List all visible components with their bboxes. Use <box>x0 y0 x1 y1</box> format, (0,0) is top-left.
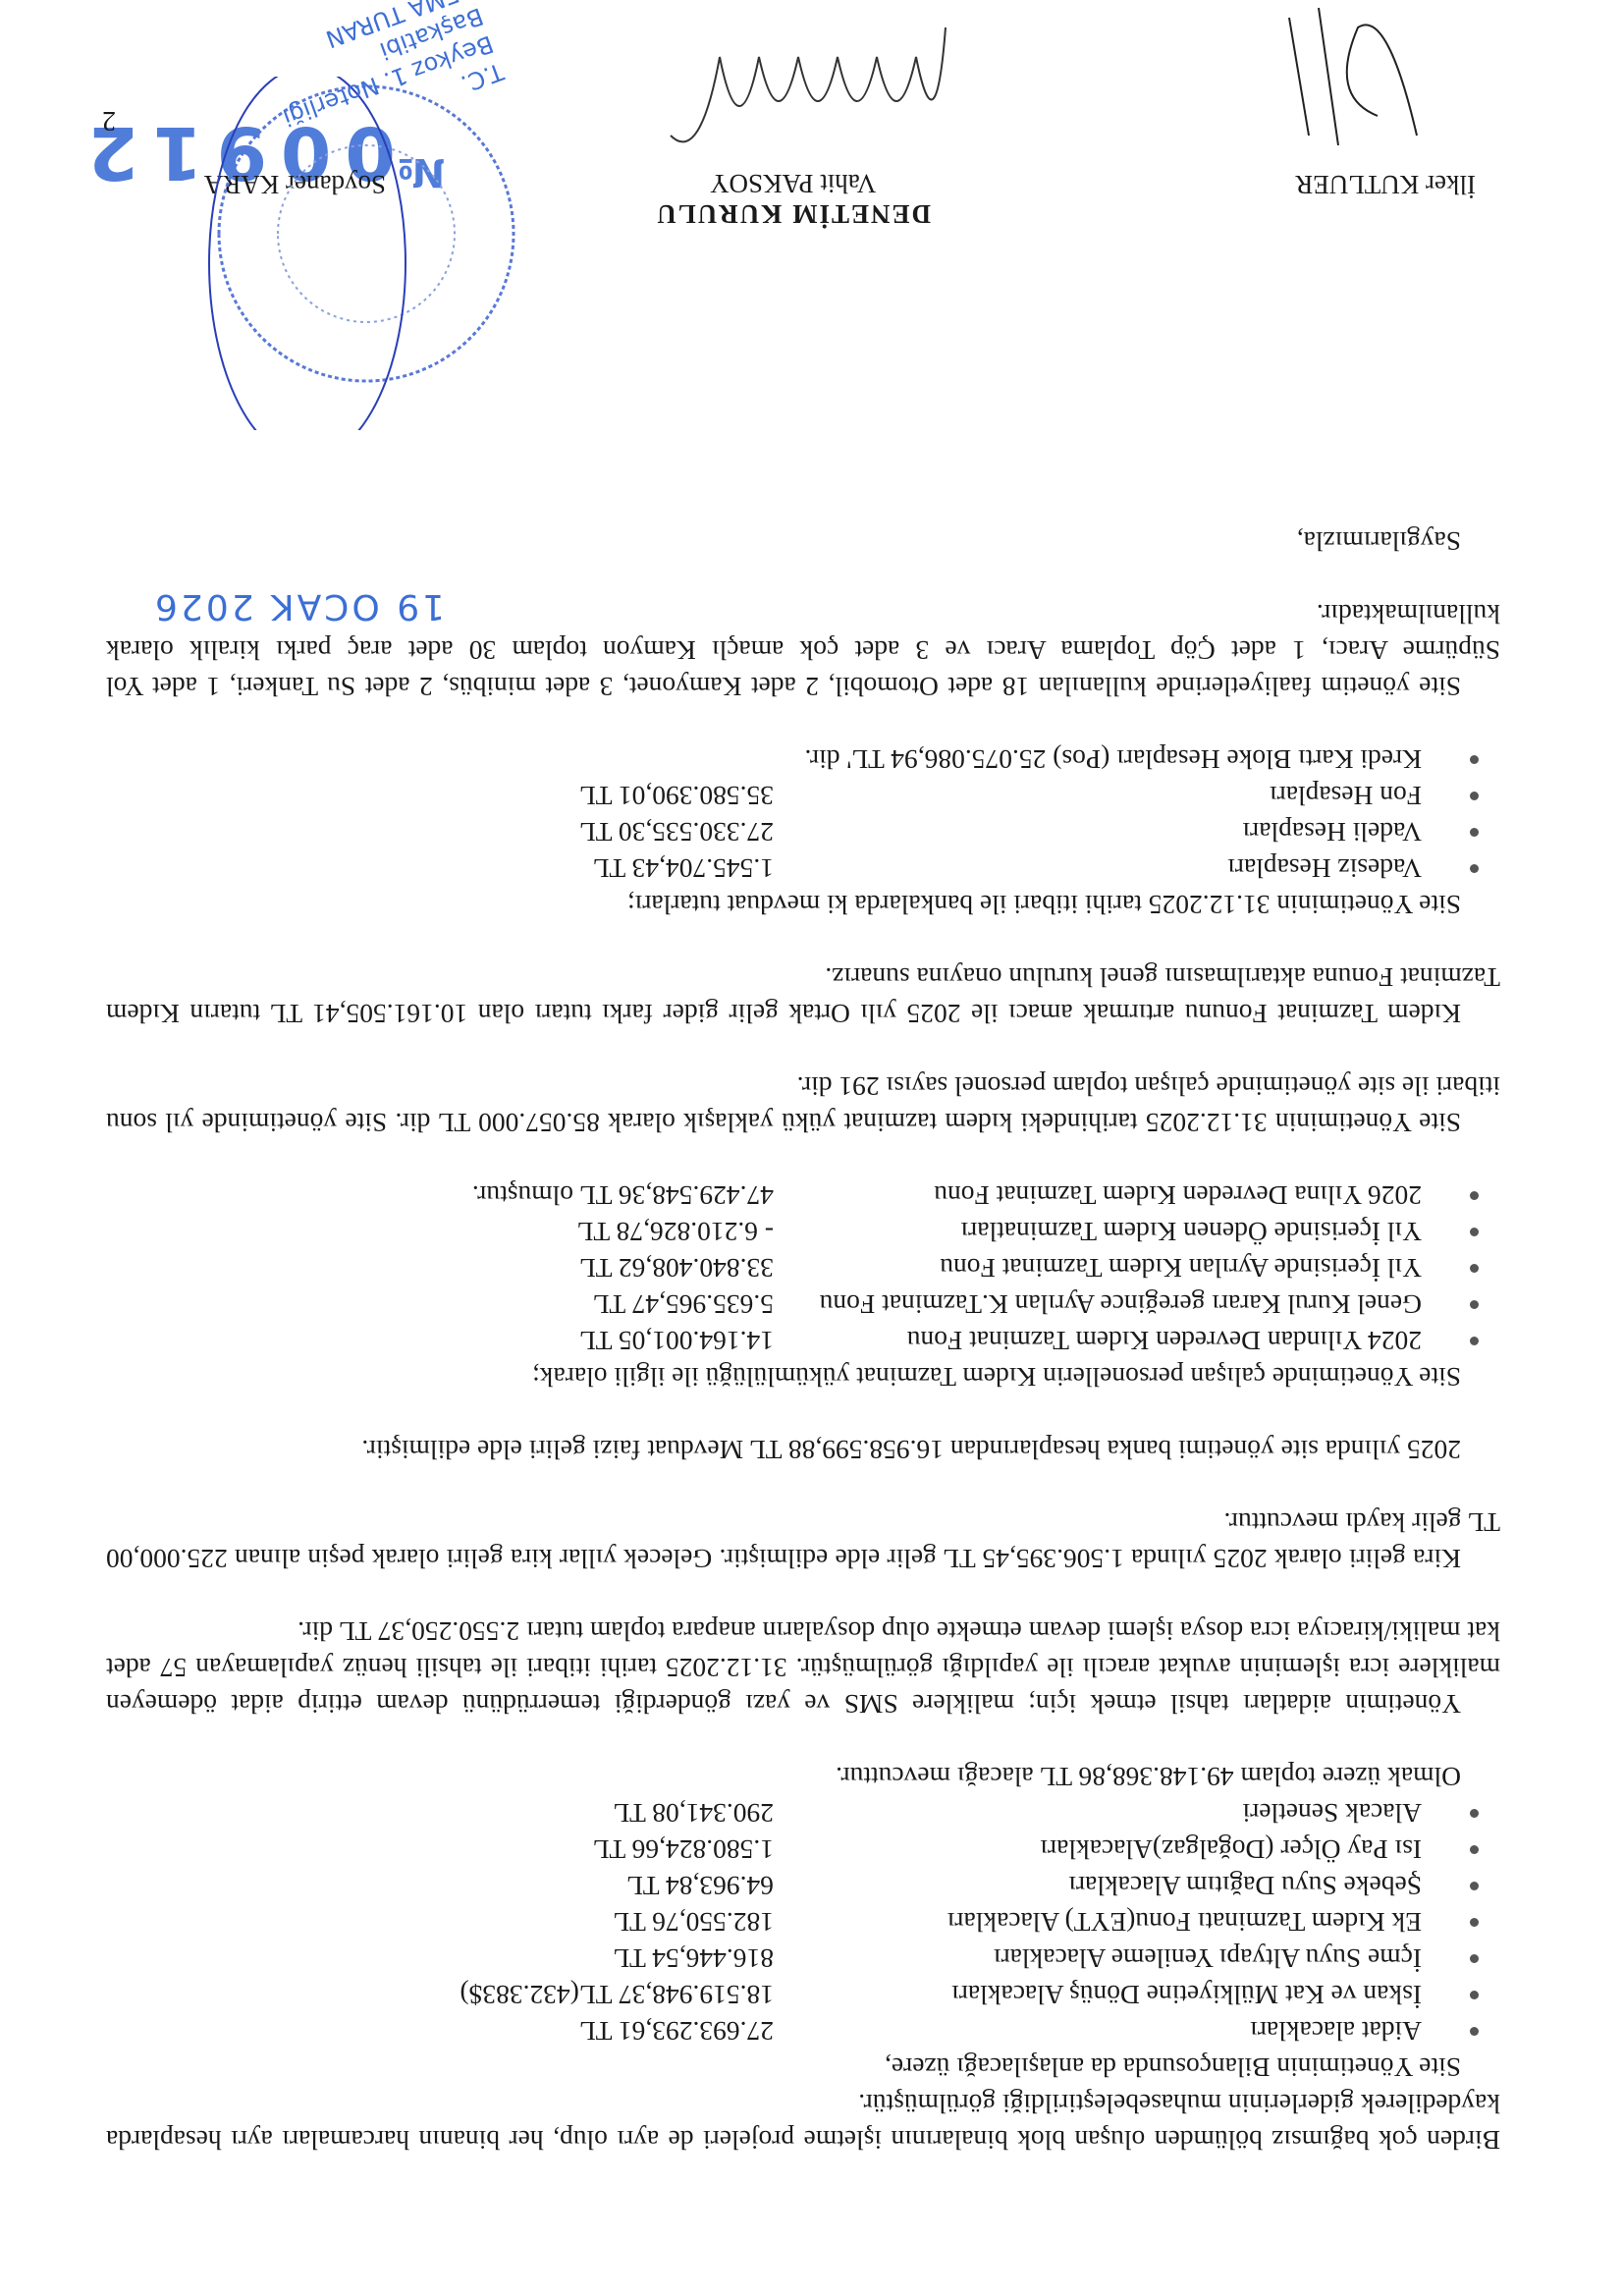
item-value: 1.545.704,43 TL <box>593 850 774 887</box>
list-item: İskan ve Kat Mülkiyetine Dönüş Alacaklar… <box>106 1977 1500 2013</box>
item-value: 47.429.548,36 TL olmuştur. <box>472 1177 774 1214</box>
signatory-1: İlker KUTLUER <box>1295 169 1476 199</box>
item-value: 14.164.001,05 TL <box>579 1323 774 1359</box>
list-item: 2024 Yılından Devreden Kıdem Tazminat Fo… <box>106 1323 1500 1359</box>
item-value: 5.635.965,47 TL <box>593 1286 774 1323</box>
item-value: 290.341,08 TL <box>613 1795 774 1831</box>
deposits-intro: Site Yönetiminin 31.12.2025 tarihi itiba… <box>106 887 1500 923</box>
item-value: 182.550,76 TL <box>613 1904 774 1941</box>
list-item: Vadeli Hesapları27.330.535,30 TL <box>106 814 1500 850</box>
list-item: Şebeke Suyu Dağıtım Alacakları64.963,84 … <box>106 1868 1500 1904</box>
item-value: 33.840.408,62 TL <box>579 1250 774 1286</box>
item-label: Yıl İçerisinde Ayrılan Kıdem Tazminat Fo… <box>940 1250 1422 1286</box>
severance-liability-paragraph: Site Yönetiminin 31.12.2025 tarihindeki … <box>106 1068 1500 1141</box>
list-item: Fon Hesapları35.580.390,01 TL <box>106 778 1500 814</box>
committee-title: DENETİM KURULU <box>655 198 931 229</box>
list-item: 2026 Yılına Devreden Kıdem Tazminat Fonu… <box>106 1177 1500 1214</box>
item-label: Isı Pay Ölçer (Doğalgaz)Alacakları <box>1040 1831 1422 1868</box>
item-label: Yıl İçerisinde Ödenen Kıdem Tazminatları <box>961 1214 1423 1250</box>
receivables-total: Olmak üzere toplam 49.148.368,86 TL alac… <box>106 1759 1500 1795</box>
item-label: 2026 Yılına Devreden Kıdem Tazminat Fonu <box>934 1177 1422 1214</box>
signature-2-scribble <box>641 18 955 175</box>
item-label: Şebeke Suyu Dağıtım Alacakları <box>1068 1868 1422 1904</box>
receivables-list: Aidat alacakları27.693.293,61 TLİskan ve… <box>106 1795 1500 2050</box>
deposits-list: Vadesiz Hesapları1.545.704,43 TLVadeli H… <box>106 741 1500 887</box>
severance-list: 2024 Yılından Devreden Kıdem Tazminat Fo… <box>106 1177 1500 1359</box>
signatory-name: İlker KUTLUER <box>1295 169 1476 199</box>
item-label: Genel Kurul Kararı gereğince Ayrılan K.T… <box>820 1286 1422 1323</box>
item-label: Vadeli Hesapları <box>1243 814 1423 850</box>
document-page: №00912 Birden çok bağımsız bölümden oluş… <box>0 0 1623 2296</box>
item-label: Vadesiz Hesapları <box>1227 850 1422 887</box>
item-value: 18.519.948,37 TL(432.383$) <box>460 1977 774 2013</box>
list-item: Kredi Kartı Bloke Hesapları (Pos) 25.075… <box>106 741 1500 778</box>
balance-intro: Site Yönetiminin Bilançosunda da anlaşıl… <box>106 2050 1500 2086</box>
item-label: Aidat alacakları <box>1250 2013 1422 2050</box>
item-label: Alacak Senetleri <box>1243 1795 1422 1831</box>
signatory-2-block: DENETİM KURULU Vahit PAKSOY <box>655 168 931 229</box>
item-label: İskan ve Kat Mülkiyetine Dönüş Alacaklar… <box>951 1977 1422 2013</box>
item-label: 2024 Yılından Devreden Kıdem Tazminat Fo… <box>907 1323 1422 1359</box>
item-value: 1.580.824,66 TL <box>593 1831 774 1868</box>
list-item: Yıl İçerisinde Ödenen Kıdem Tazminatları… <box>106 1214 1500 1250</box>
item-value: - 6.210.826,78 TL <box>577 1214 774 1250</box>
item-label: Fon Hesapları <box>1270 778 1422 814</box>
content-block: Birden çok bağımsız bölümden oluşan blok… <box>106 523 1500 2159</box>
list-item: Ek Kıdem Tazminatı Fonu(EYT) Alacakları1… <box>106 1904 1500 1941</box>
item-value: 816.446,54 TL <box>613 1941 774 1977</box>
collection-paragraph: Yönetimin aidatları tahsil etmek için; m… <box>106 1613 1500 1722</box>
signature-1-scribble <box>1260 0 1476 155</box>
list-item: Vadesiz Hesapları1.545.704,43 TL <box>106 850 1500 887</box>
list-item: Genel Kurul Kararı gereğince Ayrılan K.T… <box>106 1286 1500 1323</box>
closing-text: Saygılarımızla, <box>106 523 1500 560</box>
list-item: Yıl İçerisinde Ayrılan Kıdem Tazminat Fo… <box>106 1250 1500 1286</box>
page-number: 2 <box>102 104 116 136</box>
rent-paragraph: Kira geliri olarak 2025 yılında 1.506.39… <box>106 1504 1500 1577</box>
interest-paragraph: 2025 yılında site yönetimi banka hesapla… <box>106 1432 1500 1468</box>
list-item: Isı Pay Ölçer (Doğalgaz)Alacakları1.580.… <box>106 1831 1500 1868</box>
date-stamp: 19 OCAK 2026 <box>152 586 445 627</box>
item-label: Ek Kıdem Tazminatı Fonu(EYT) Alacakları <box>947 1904 1422 1941</box>
fund-paragraph: Kıdem Tazminat Fonunu artırmak amacı ile… <box>106 959 1500 1032</box>
item-value: 35.580.390,01 TL <box>579 778 774 814</box>
item-label: İçme Suyu Altyapı Yenileme Alacakları <box>994 1941 1422 1977</box>
list-item: İçme Suyu Altyapı Yenileme Alacakları816… <box>106 1941 1500 1977</box>
list-item: Aidat alacakları27.693.293,61 TL <box>106 2013 1500 2050</box>
intro-paragraph: Birden çok bağımsız bölümden oluşan blok… <box>106 2086 1500 2159</box>
item-value: 27.693.293,61 TL <box>579 2013 774 2050</box>
severance-intro: Site Yönetiminde çalışan personellerin K… <box>106 1359 1500 1395</box>
item-label: Kredi Kartı Bloke Hesapları (Pos) 25.075… <box>805 741 1422 778</box>
list-item: Alacak Senetleri290.341,08 TL <box>106 1795 1500 1831</box>
item-value: 27.330.535,30 TL <box>579 814 774 850</box>
item-value: 64.963,84 TL <box>626 1868 774 1904</box>
